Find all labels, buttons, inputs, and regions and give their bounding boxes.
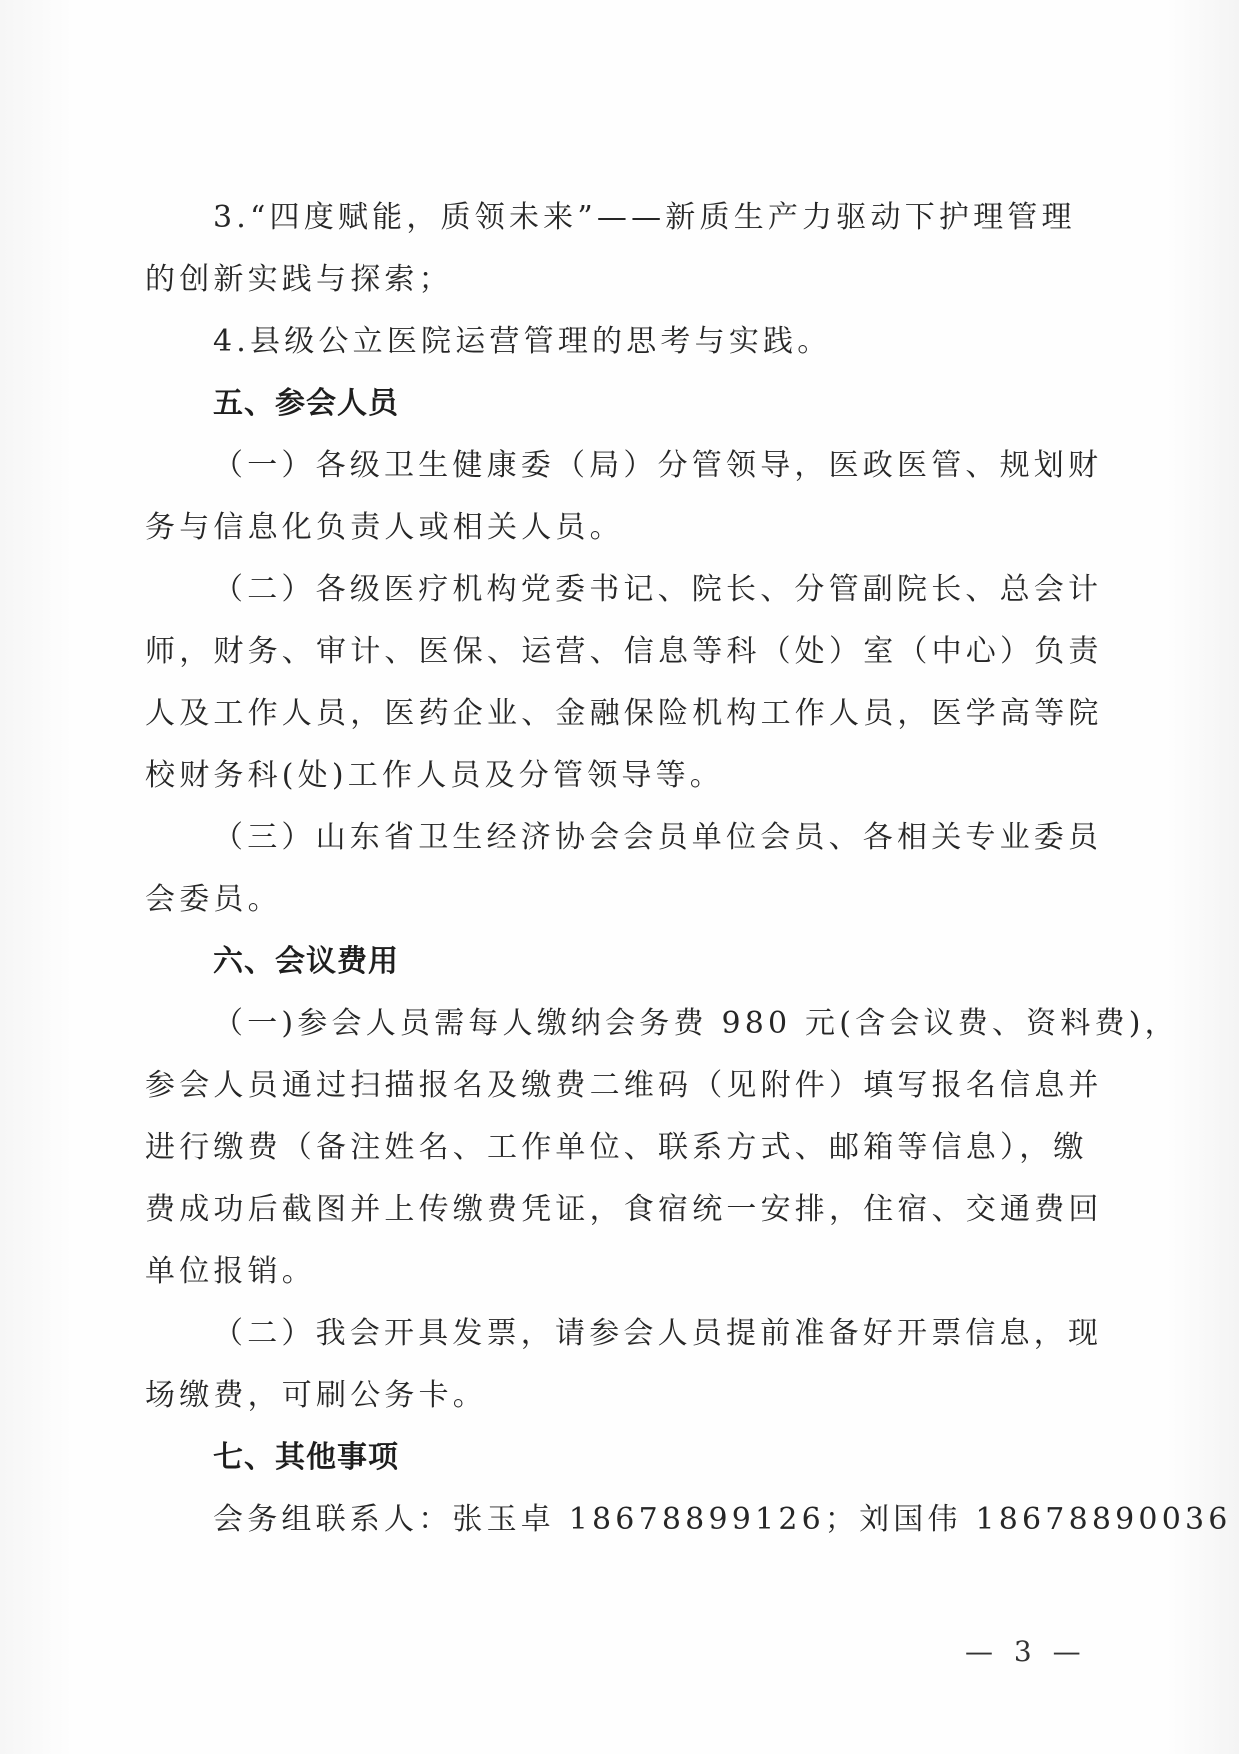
paragraph-line: 场缴费，可刷公务卡。	[145, 1365, 1090, 1427]
paragraph-line: 校财务科(处)工作人员及分管领导等。	[145, 745, 1090, 807]
page-number: — 3 —	[965, 1635, 1087, 1668]
paragraph-line: （二）各级医疗机构党委书记、院长、分管副院长、总会计	[145, 559, 1090, 621]
paragraph-line: （一）各级卫生健康委（局）分管领导，医政医管、规划财	[145, 435, 1090, 497]
paragraph-line: 进行缴费（备注姓名、工作单位、联系方式、邮箱等信息），缴	[145, 1117, 1090, 1179]
paragraph-line: 务与信息化负责人或相关人员。	[145, 497, 1090, 559]
contact-line: 会务组联系人：张玉卓 18678899126；刘国伟 18678890036	[145, 1489, 1090, 1551]
section-heading-other-matters: 七、其他事项	[145, 1427, 1090, 1489]
paragraph-line: 单位报销。	[145, 1241, 1090, 1303]
topic-item-4: 4.县级公立医院运营管理的思考与实践。	[145, 311, 1090, 373]
contact-info: 会务组联系人：张玉卓 18678899126；刘国伟 18678890036	[145, 1489, 1090, 1551]
paragraph-line: 人及工作人员，医药企业、金融保险机构工作人员，医学高等院	[145, 683, 1090, 745]
fees-item-2: （二）我会开具发票，请参会人员提前准备好开票信息，现 场缴费，可刷公务卡。	[145, 1303, 1090, 1427]
section-heading-participants: 五、参会人员	[145, 373, 1090, 435]
document-page: 3.“四度赋能，质领未来”——新质生产力驱动下护理管理 的创新实践与探索； 4.…	[0, 0, 1239, 1754]
paragraph-line: 会委员。	[145, 869, 1090, 931]
document-body: 3.“四度赋能，质领未来”——新质生产力驱动下护理管理 的创新实践与探索； 4.…	[145, 187, 1090, 1551]
paragraph-line: （一)参会人员需每人缴纳会务费 980 元(含会议费、资料费)，	[145, 993, 1090, 1055]
topic-item-3: 3.“四度赋能，质领未来”——新质生产力驱动下护理管理 的创新实践与探索；	[145, 187, 1090, 311]
participants-item-1: （一）各级卫生健康委（局）分管领导，医政医管、规划财 务与信息化负责人或相关人员…	[145, 435, 1090, 559]
paragraph-line: 费成功后截图并上传缴费凭证，食宿统一安排，住宿、交通费回	[145, 1179, 1090, 1241]
participants-item-3: （三）山东省卫生经济协会会员单位会员、各相关专业委员 会委员。	[145, 807, 1090, 931]
paragraph-line: （三）山东省卫生经济协会会员单位会员、各相关专业委员	[145, 807, 1090, 869]
paragraph-line: 3.“四度赋能，质领未来”——新质生产力驱动下护理管理	[145, 187, 1090, 249]
paragraph-line: 参会人员通过扫描报名及缴费二维码（见附件）填写报名信息并	[145, 1055, 1090, 1117]
paragraph-line: 4.县级公立医院运营管理的思考与实践。	[145, 311, 1090, 373]
paragraph-line: 师，财务、审计、医保、运营、信息等科（处）室（中心）负责	[145, 621, 1090, 683]
section-heading-fees: 六、会议费用	[145, 931, 1090, 993]
participants-item-2: （二）各级医疗机构党委书记、院长、分管副院长、总会计 师，财务、审计、医保、运营…	[145, 559, 1090, 807]
paragraph-line: 的创新实践与探索；	[145, 249, 1090, 311]
fees-item-1: （一)参会人员需每人缴纳会务费 980 元(含会议费、资料费)， 参会人员通过扫…	[145, 993, 1090, 1303]
paragraph-line: （二）我会开具发票，请参会人员提前准备好开票信息，现	[145, 1303, 1090, 1365]
